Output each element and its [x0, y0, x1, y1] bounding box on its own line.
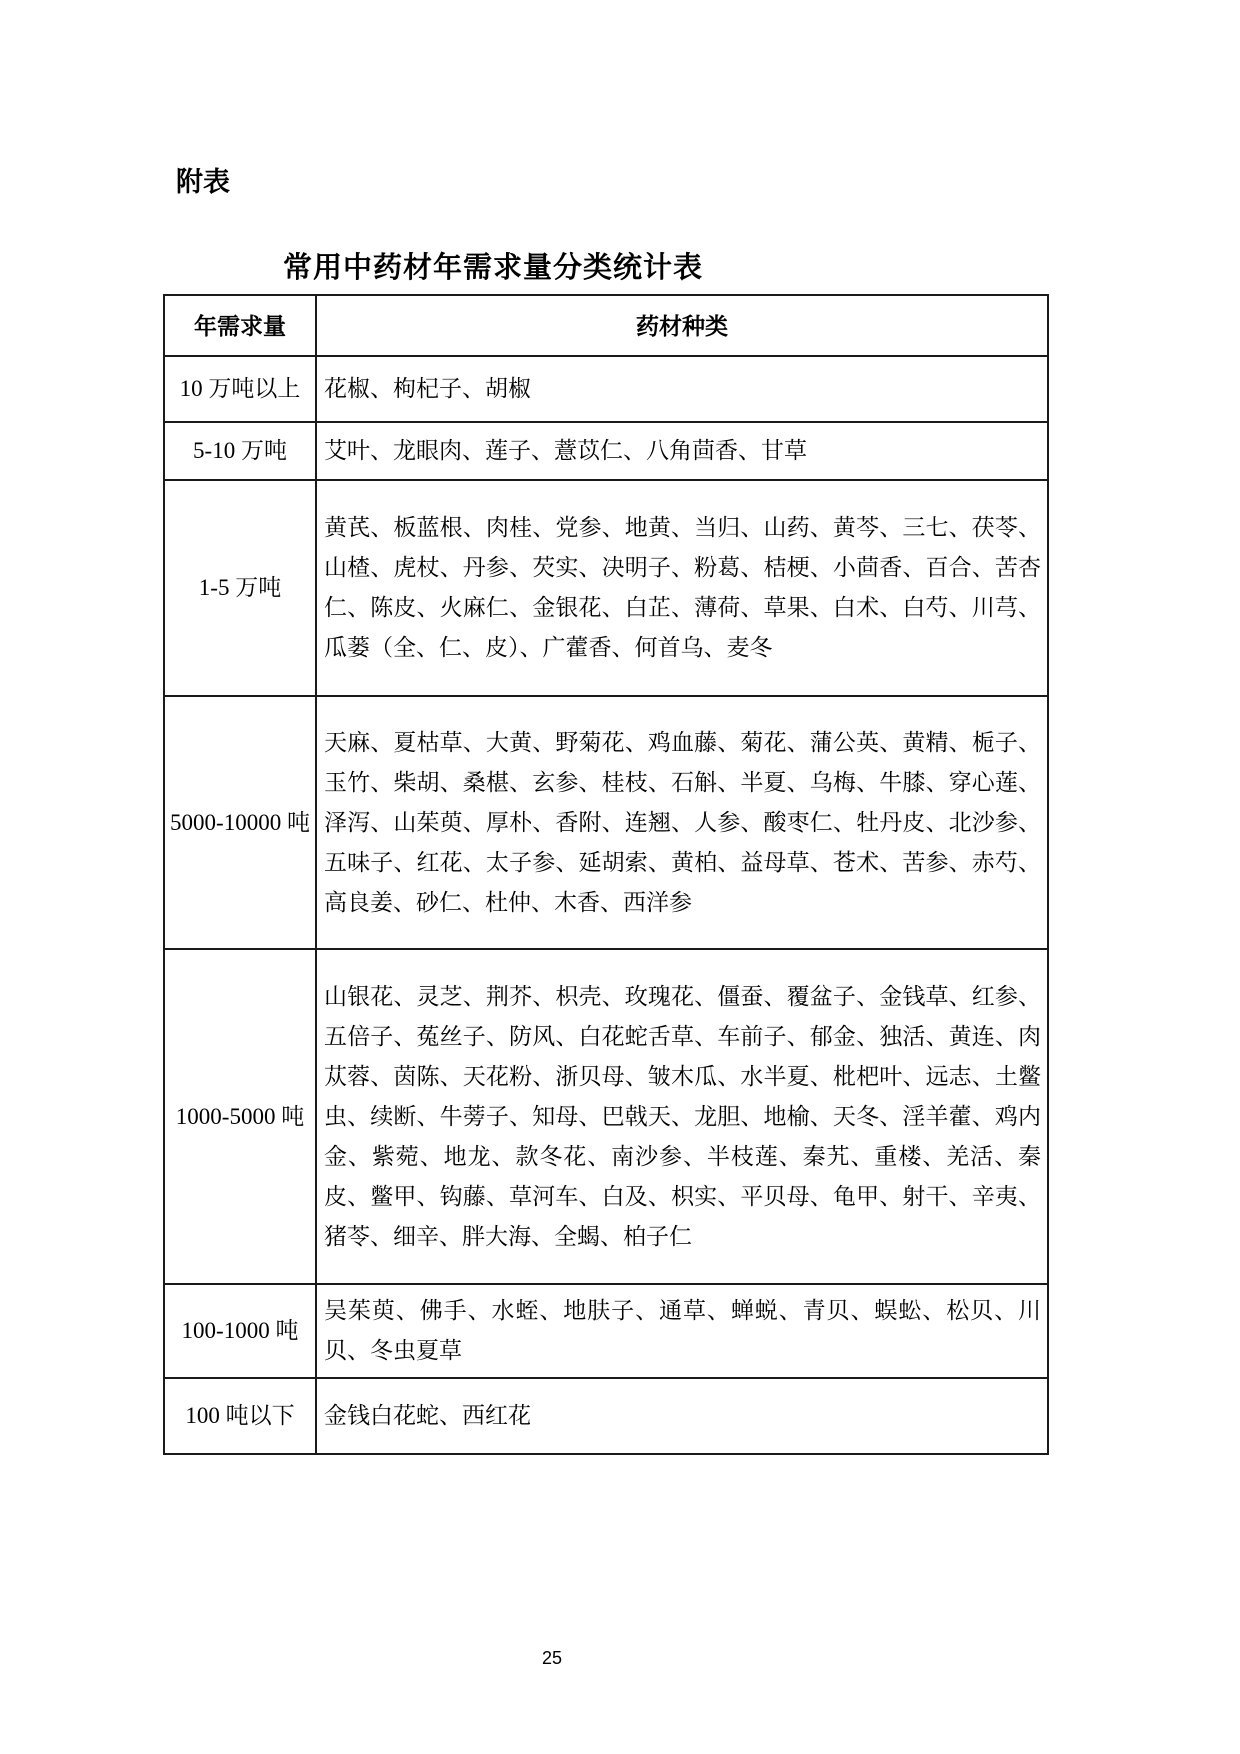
materials-cell: 金钱白花蛇、西红花	[316, 1378, 1048, 1454]
materials-cell: 花椒、枸杞子、胡椒	[316, 356, 1048, 422]
table-row: 5000-10000 吨 天麻、夏枯草、大黄、野菊花、鸡血藤、菊花、蒲公英、黄精…	[164, 696, 1048, 949]
document-page: 附表 常用中药材年需求量分类统计表 年需求量 药材种类 10 万吨以上 花椒、枸…	[0, 0, 1240, 1754]
materials-cell: 吴茱萸、佛手、水蛭、地肤子、通草、蝉蜕、青贝、蜈蚣、松贝、川贝、冬虫夏草	[316, 1284, 1048, 1378]
table-row: 1-5 万吨 黄芪、板蓝根、肉桂、党参、地黄、当归、山药、黄芩、三七、茯苓、山楂…	[164, 480, 1048, 696]
materials-cell: 艾叶、龙眼肉、莲子、薏苡仁、八角茴香、甘草	[316, 422, 1048, 480]
demand-cell: 100-1000 吨	[164, 1284, 316, 1378]
page-number: 25	[0, 1648, 1104, 1669]
materials-cell: 黄芪、板蓝根、肉桂、党参、地黄、当归、山药、黄芩、三七、茯苓、山楂、虎杖、丹参、…	[316, 480, 1048, 696]
column-header-materials: 药材种类	[316, 295, 1048, 356]
demand-cell: 1-5 万吨	[164, 480, 316, 696]
materials-cell: 山银花、灵芝、荆芥、枳壳、玫瑰花、僵蚕、覆盆子、金钱草、红参、五倍子、菟丝子、防…	[316, 949, 1048, 1284]
table-row: 5-10 万吨 艾叶、龙眼肉、莲子、薏苡仁、八角茴香、甘草	[164, 422, 1048, 480]
demand-statistics-table: 年需求量 药材种类 10 万吨以上 花椒、枸杞子、胡椒 5-10 万吨 艾叶、龙…	[163, 294, 1049, 1455]
table-row: 100 吨以下 金钱白花蛇、西红花	[164, 1378, 1048, 1454]
table-row: 10 万吨以上 花椒、枸杞子、胡椒	[164, 356, 1048, 422]
demand-cell: 100 吨以下	[164, 1378, 316, 1454]
table-row: 100-1000 吨 吴茱萸、佛手、水蛭、地肤子、通草、蝉蜕、青贝、蜈蚣、松贝、…	[164, 1284, 1048, 1378]
table-row: 1000-5000 吨 山银花、灵芝、荆芥、枳壳、玫瑰花、僵蚕、覆盆子、金钱草、…	[164, 949, 1048, 1284]
table-header-row: 年需求量 药材种类	[164, 295, 1048, 356]
demand-cell: 5000-10000 吨	[164, 696, 316, 949]
demand-cell: 10 万吨以上	[164, 356, 316, 422]
demand-cell: 1000-5000 吨	[164, 949, 316, 1284]
demand-cell: 5-10 万吨	[164, 422, 316, 480]
column-header-demand: 年需求量	[164, 295, 316, 356]
page-title: 常用中药材年需求量分类统计表	[163, 245, 823, 286]
materials-cell: 天麻、夏枯草、大黄、野菊花、鸡血藤、菊花、蒲公英、黄精、栀子、玉竹、柴胡、桑椹、…	[316, 696, 1048, 949]
appendix-label: 附表	[176, 160, 230, 199]
